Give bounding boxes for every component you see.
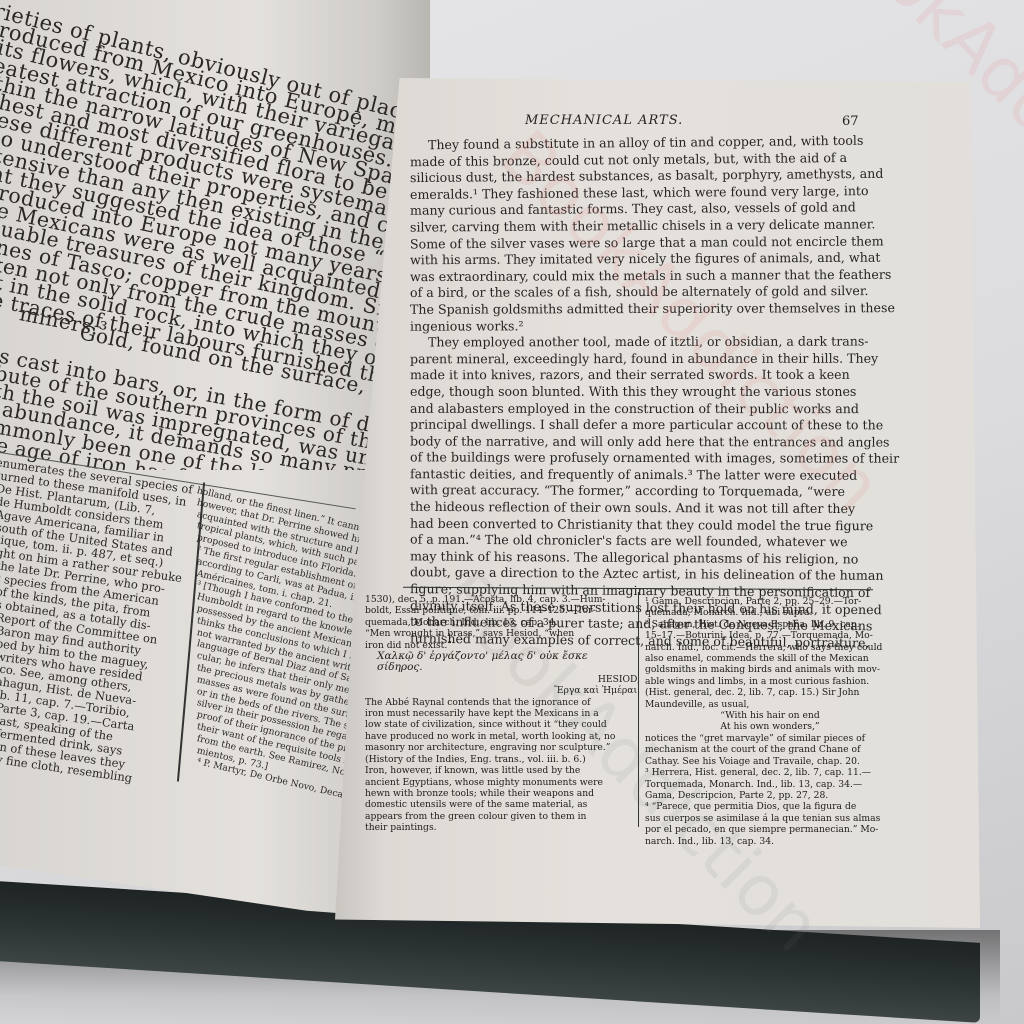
running-head: MECHANICAL ARTS. <box>525 113 683 128</box>
footnote-line: σίδηρος. <box>365 662 640 673</box>
footnote-line: ² Sahagun, Hist. de Nueva-España, lib. 9… <box>645 619 895 630</box>
footnote-line: Iron, however, if known, was little used… <box>365 765 640 776</box>
footnote-line: At his own wonders,” <box>645 721 895 732</box>
footnote-line: Cathay. See his Voiage and Travaile, cha… <box>645 756 895 767</box>
footnote-line: domestic utensils were of the same mater… <box>365 799 640 810</box>
body-line: and alabasters employed in the construct… <box>410 400 870 417</box>
footnote-line: “Men wrought in brass,” says Hesiod, “wh… <box>365 628 640 639</box>
footnote-line: quemada, Monarch. Ind., ubi supra. <box>645 607 895 618</box>
footnote-line: Ἔργα καὶ Ἡμέραι. <box>365 685 640 696</box>
footnote-line: HESIOD, <box>365 674 640 685</box>
footnote-line: ¹ Gama, Descripcion, Parte 2, pp. 25–29.… <box>645 596 895 607</box>
footnote-line: ancient Egyptians, whose mighty monument… <box>365 777 640 788</box>
body-line: of a bird, or the scales of a fish, shou… <box>410 283 870 302</box>
body-line: ingenious works.² <box>410 317 870 335</box>
footnote-line: 1530), dec. 5, p. 191.—Acosta, lib. 4, c… <box>365 594 640 605</box>
footnotes-right-column: ¹ Gama, Descripcion, Parte 2, pp. 25–29.… <box>645 596 895 847</box>
body-line: edge, though soon blunted. With this the… <box>410 384 870 401</box>
footnote-line: able wings and limbs, in a most curious … <box>645 676 895 687</box>
footnote-line: (Hist. general, dec. 2, lib. 7, cap. 15.… <box>645 687 895 698</box>
footnote-line: their paintings. <box>365 822 640 833</box>
photo-scene: varieties of plants, obviously out of pl… <box>0 0 1024 1024</box>
footnote-line: The Abbé Raynal contends that the ignora… <box>365 697 640 708</box>
footnote-line: narch. Ind., lib. 13, cap. 34. <box>645 836 895 847</box>
page-number: 67 <box>842 114 859 129</box>
footnote-line: boldt, Essai politique, tom. iii. pp. 11… <box>365 605 640 616</box>
body-line: parent mineral, exceedingly hard, found … <box>410 350 870 367</box>
footnote-line: low state of civilization, since without… <box>365 719 640 730</box>
footnote-column-rule <box>638 592 639 827</box>
body-line: made it into knives, razors, and their s… <box>410 367 870 384</box>
body-line: of the buildings were profusely ornament… <box>410 450 870 468</box>
footnote-line: Gama, Descripcion, Parte 2, pp. 27, 28. <box>645 790 895 801</box>
footnote-line: 15–17.—Boturini, Idea, p. 77.—Torquemada… <box>645 630 895 641</box>
footnote-line: ⁴ “Parece, que permitia Dios, que la fig… <box>645 801 895 812</box>
footnote-line: sus cuerpos se asimilase á la que tenian… <box>645 813 895 824</box>
footnote-line: Torquemada, Monarch. Ind., lib. 13, cap.… <box>645 779 895 790</box>
footnote-line: quemada, Monarch. Ind., lib. 13, cap. 34… <box>365 617 640 628</box>
footnotes-left-column: 1530), dec. 5, p. 191.—Acosta, lib. 4, c… <box>365 594 640 834</box>
footnote-line: “With his hair on end <box>645 710 895 721</box>
footnote-line: appears from the green colour given to t… <box>365 811 640 822</box>
body-line: principal dwellings. I shall defer a mor… <box>410 417 870 434</box>
body-line: body of the narrative, and will only add… <box>410 433 870 451</box>
footnote-line: goldsmiths in making birds and animals w… <box>645 664 895 675</box>
footnote-line: notices the “gret marvayle” of similar p… <box>645 733 895 744</box>
body-line: with his arms. They imitated very nicely… <box>410 250 870 269</box>
left-page-body: varieties of plants, obviously out of pl… <box>0 0 430 470</box>
footnote-line: iron must necessarily have kept the Mexi… <box>365 708 640 719</box>
footnote-line: mechanism at the court of the grand Chan… <box>645 744 895 755</box>
body-line: They employed another tool, made of itzt… <box>410 334 870 352</box>
footnote-line: hewn with bronze tools; while their weap… <box>365 788 640 799</box>
right-page-body: They found a substitute in an alloy of t… <box>410 135 870 649</box>
footnote-line: Maundeville, as usual, <box>645 699 895 710</box>
footnote-line: also enamel, commends the skill of the M… <box>645 653 895 664</box>
footnote-line: masonry nor architecture, engraving nor … <box>365 742 640 753</box>
footnote-line: (History of the Indies, Eng. trans., vol… <box>365 754 640 765</box>
footnote-line: ³ Herrera, Hist. general, dec. 2, lib. 7… <box>645 767 895 778</box>
body-line: the hideous reflection of their own soul… <box>410 499 870 518</box>
footnote-line: narch. Ind., loc. cit.—Herrera, who says… <box>645 642 895 653</box>
left-footnotes-col1: enumerates the several species of thetur… <box>0 455 195 785</box>
footnote-line: have produced no work in metal, worth lo… <box>365 731 640 742</box>
body-line: The Spanish goldsmiths admitted their su… <box>410 300 870 318</box>
footnote-line: por el pecado, en que siempre permanecia… <box>645 824 895 835</box>
